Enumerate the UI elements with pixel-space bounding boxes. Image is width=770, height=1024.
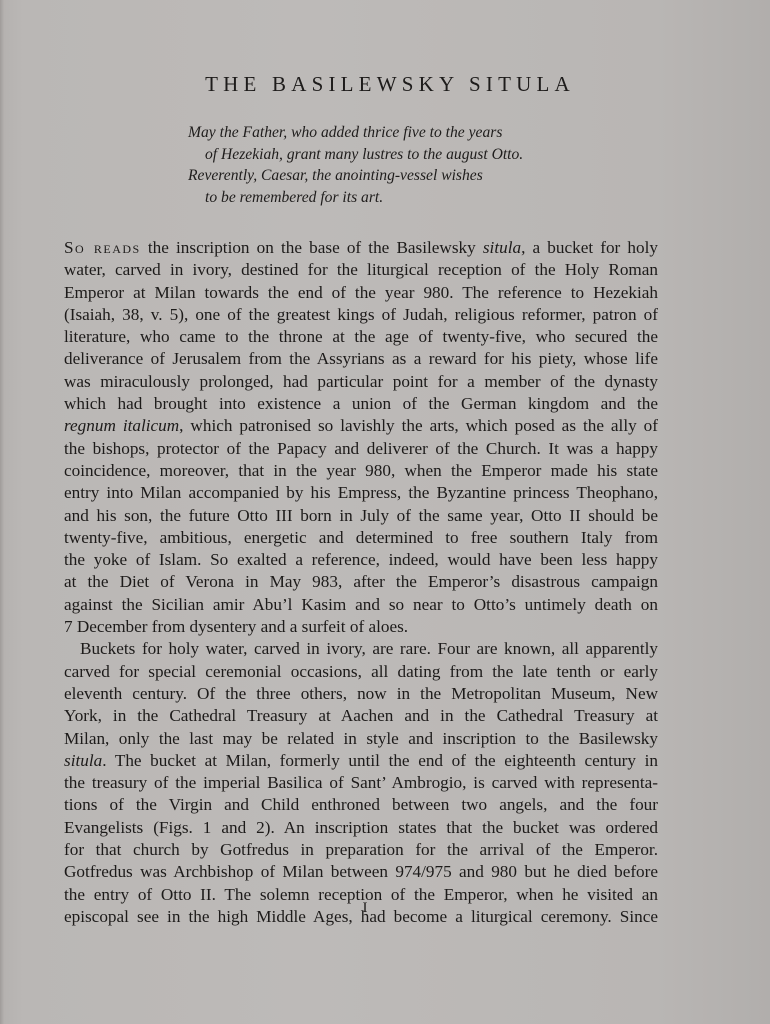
- page-title: THE BASILEWSKY SITULA: [0, 72, 770, 97]
- text-line: was miraculously prolonged, had particul…: [64, 371, 658, 393]
- text-line: Milan, only the last may be related in s…: [64, 728, 658, 750]
- text-line: Emperor at Milan towards the end of the …: [64, 282, 658, 304]
- text-line: (Isaiah, 38, v. 5), one of the greatest …: [64, 304, 658, 326]
- text-run: the inscription on the base of the Basil…: [141, 238, 483, 257]
- text-line: deliverance of Jerusalem from the Assyri…: [64, 348, 658, 370]
- text-line: for that church by Gotfredus in preparat…: [64, 839, 658, 861]
- lead-smallcaps: So reads: [64, 238, 141, 257]
- body-text: So reads the inscription on the base of …: [64, 237, 658, 928]
- text-run: , a bucket for holy: [521, 238, 658, 257]
- italic-term: regnum italicum: [64, 416, 179, 435]
- text-line: and his son, the future Otto III born in…: [64, 505, 658, 527]
- epigraph-line: May the Father, who added thrice five to…: [188, 122, 523, 144]
- epigraph-line: Reverently, Caesar, the anointing-vessel…: [188, 165, 523, 187]
- text-line: Buckets for holy water, carved in ivory,…: [64, 638, 658, 660]
- text-line: Evangelists (Figs. 1 and 2). An inscript…: [64, 817, 658, 839]
- text-line: situla. The bucket at Milan, formerly un…: [64, 750, 658, 772]
- text-line: carved for special ceremonial occasions,…: [64, 661, 658, 683]
- text-line: 7 December from dysentery and a surfeit …: [64, 616, 658, 638]
- text-line: the bishops, protector of the Papacy and…: [64, 438, 658, 460]
- text-line: tions of the Virgin and Child enthroned …: [64, 794, 658, 816]
- text-line: eleventh century. Of the three others, n…: [64, 683, 658, 705]
- text-line: Gotfredus was Archbishop of Milan betwee…: [64, 861, 658, 883]
- text-line: twenty-five, ambitious, energetic and de…: [64, 527, 658, 549]
- text-line: the yoke of Islam. So exalted a referenc…: [64, 549, 658, 571]
- page-number: I: [0, 900, 730, 917]
- italic-term: situla: [64, 751, 102, 770]
- text-line: against the Sicilian amir Abu’l Kasim an…: [64, 594, 658, 616]
- epigraph-line: of Hezekiah, grant many lustres to the a…: [188, 144, 523, 166]
- epigraph: May the Father, who added thrice five to…: [188, 122, 523, 208]
- page-edge: [0, 0, 4, 1024]
- text-run: . The bucket at Milan, formerly until th…: [102, 751, 658, 770]
- text-line: entry into Milan accompanied by his Empr…: [64, 482, 658, 504]
- epigraph-line: to be remembered for its art.: [188, 187, 523, 209]
- text-line: which had brought into existence a union…: [64, 393, 658, 415]
- italic-term: situla: [483, 238, 521, 257]
- text-line: regnum italicum, which patronised so lav…: [64, 415, 658, 437]
- text-line: coincidence, moreover, that in the year …: [64, 460, 658, 482]
- text-line: York, in the Cathedral Treasury at Aache…: [64, 705, 658, 727]
- text-line: literature, who came to the throne at th…: [64, 326, 658, 348]
- text-line: So reads the inscription on the base of …: [64, 237, 658, 259]
- text-line: the treasury of the imperial Basilica of…: [64, 772, 658, 794]
- text-line: water, carved in ivory, destined for the…: [64, 259, 658, 281]
- text-run: , which patronised so lavishly the arts,…: [179, 416, 658, 435]
- text-line: at the Diet of Verona in May 983, after …: [64, 571, 658, 593]
